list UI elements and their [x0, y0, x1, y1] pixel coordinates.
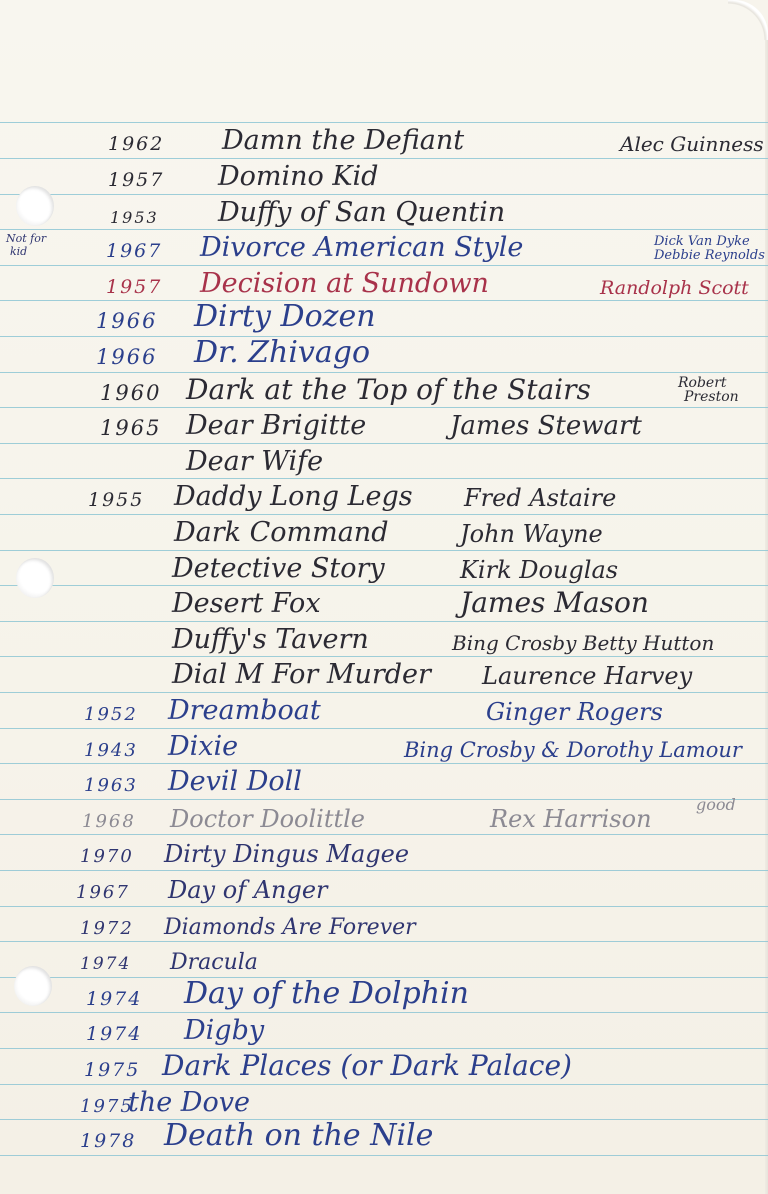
- entry-year: 1953: [110, 208, 159, 227]
- entry-actor: Ginger Rogers: [486, 698, 663, 726]
- entry-year: 1970: [80, 846, 134, 867]
- list-item: 1953 Duffy of San Quentin: [0, 194, 768, 230]
- entry-title: Duffy of San Quentin: [218, 197, 505, 228]
- entry-title: the Dove: [128, 1087, 250, 1118]
- entry-title: Daddy Long Legs: [174, 481, 413, 512]
- entry-title: Dear Wife: [186, 446, 323, 477]
- entry-title: Dark Places (or Dark Palace): [162, 1049, 572, 1082]
- entry-year: 1974: [80, 954, 131, 974]
- entry-title: Dirty Dozen: [194, 299, 376, 334]
- list-item: 1960 Dark at the Top of the Stairs Rober…: [0, 372, 768, 408]
- entry-title: Dreamboat: [168, 695, 321, 726]
- entry-actor: Alec Guinness: [620, 132, 764, 156]
- entry-year: 1975: [84, 1059, 140, 1081]
- list-item: 1975 Dark Places (or Dark Palace): [0, 1048, 768, 1084]
- entry-actor: Robert Preston: [678, 376, 739, 404]
- entry-title: Damn the Defiant: [222, 125, 464, 156]
- entry-title: Dixie: [168, 731, 238, 762]
- list-item: 1972 Diamonds Are Forever: [0, 906, 768, 942]
- ruled-line: [0, 1155, 768, 1156]
- entry-year: 1967: [76, 882, 130, 903]
- entry-actor: John Wayne: [460, 520, 603, 548]
- entry-actor-line2: Debbie Reynolds: [654, 249, 765, 263]
- entry-year: 1957: [106, 276, 162, 298]
- entry-note: good: [696, 795, 736, 814]
- entry-title: Dirty Dingus Magee: [164, 840, 409, 868]
- entry-year: 1972: [80, 918, 134, 939]
- entry-actor: James Stewart: [450, 411, 642, 441]
- entry-year: 1978: [80, 1130, 136, 1152]
- entry-actor: Bing Crosby & Dorothy Lamour: [404, 738, 742, 762]
- entry-actor-line1: Robert: [678, 376, 739, 390]
- entry-actor: Fred Astaire: [464, 484, 616, 512]
- entry-year: 1966: [96, 345, 157, 369]
- entry-title: Dark at the Top of the Stairs: [186, 373, 591, 406]
- entry-year: 1965: [100, 416, 161, 440]
- entry-year: 1967: [106, 240, 162, 262]
- entry-actor: Rex Harrison: [490, 805, 652, 833]
- entry-year: 1955: [88, 489, 144, 511]
- entry-title: Dial M For Murder: [172, 659, 431, 690]
- list-item: 1978 Death on the Nile: [0, 1119, 768, 1155]
- entry-title: Duffy's Tavern: [172, 624, 369, 655]
- entry-title: Doctor Doolittle: [170, 805, 365, 833]
- entry-year: 1975: [80, 1096, 134, 1117]
- list-item: Duffy's Tavern Bing Crosby Betty Hutton: [0, 621, 768, 657]
- entry-actor: Bing Crosby Betty Hutton: [452, 631, 714, 655]
- list-item: 1967 Day of Anger: [0, 870, 768, 906]
- list-item: 1957 Decision at Sundown Randolph Scott: [0, 265, 768, 301]
- entry-actor: James Mason: [460, 586, 649, 619]
- list-item: 1966 Dr. Zhivago: [0, 336, 768, 372]
- list-item: Dear Wife: [0, 443, 768, 479]
- list-item: Dark Command John Wayne: [0, 514, 768, 550]
- list-item: 1974 Day of the Dolphin: [0, 977, 768, 1013]
- entry-year: 1966: [96, 309, 157, 333]
- list-item: 1963 Devil Doll: [0, 763, 768, 799]
- entry-title: Dracula: [170, 950, 258, 975]
- page-corner: [728, 0, 768, 40]
- entry-title: Digby: [184, 1015, 264, 1046]
- entry-year: 1952: [84, 704, 138, 725]
- list-item: 1955 Daddy Long Legs Fred Astaire: [0, 478, 768, 514]
- entry-actor-line1: Dick Van Dyke: [654, 235, 765, 249]
- list-item: 1965 Dear Brigitte James Stewart: [0, 407, 768, 443]
- entry-title: Day of the Dolphin: [184, 976, 469, 1011]
- list-item: 1962 Damn the Defiant Alec Guinness: [0, 122, 768, 158]
- list-item: Desert Fox James Mason: [0, 585, 768, 621]
- entry-year: 1943: [84, 740, 138, 761]
- list-item: 1957 Domino Kid: [0, 158, 768, 194]
- entry-title: Diamonds Are Forever: [164, 915, 416, 940]
- entry-title: Dark Command: [174, 517, 388, 548]
- entry-year: 1957: [108, 169, 164, 191]
- entry-actor: Kirk Douglas: [460, 556, 618, 584]
- list-item: 1968 Doctor Doolittle Rex Harrison good: [0, 799, 768, 835]
- list-item: 1975 the Dove: [0, 1084, 768, 1120]
- entry-year: 1962: [108, 133, 164, 155]
- entry-actor: Dick Van Dyke Debbie Reynolds: [654, 235, 765, 263]
- entry-year: 1974: [86, 1023, 142, 1045]
- entry-year: 1960: [100, 381, 161, 405]
- entry-title: Dr. Zhivago: [194, 335, 370, 370]
- entry-title: Devil Doll: [168, 766, 302, 797]
- notebook-page: Not for kid 1962 Damn the Defiant Alec G…: [0, 0, 768, 1194]
- entry-actor: Randolph Scott: [600, 277, 749, 299]
- entry-title: Dear Brigitte: [186, 410, 366, 441]
- list-item: Dial M For Murder Laurence Harvey: [0, 656, 768, 692]
- entry-title: Desert Fox: [172, 588, 321, 619]
- list-item: 1966 Dirty Dozen: [0, 300, 768, 336]
- list-item: 1970 Dirty Dingus Magee: [0, 834, 768, 870]
- entry-title: Domino Kid: [218, 161, 378, 192]
- entry-actor-line2: Preston: [678, 390, 739, 404]
- list-item: 1943 Dixie Bing Crosby & Dorothy Lamour: [0, 728, 768, 764]
- list-item: 1974 Digby: [0, 1012, 768, 1048]
- list-item: Detective Story Kirk Douglas: [0, 550, 768, 586]
- entry-year: 1974: [86, 988, 142, 1010]
- entry-title: Death on the Nile: [164, 1118, 433, 1153]
- entry-title: Day of Anger: [168, 876, 328, 904]
- entry-year: 1968: [82, 811, 136, 832]
- entry-title: Decision at Sundown: [200, 268, 489, 299]
- list-item: 1952 Dreamboat Ginger Rogers: [0, 692, 768, 728]
- list-item: 1967 Divorce American Style Dick Van Dyk…: [0, 229, 768, 265]
- entry-title: Divorce American Style: [200, 232, 523, 263]
- entry-actor: Laurence Harvey: [482, 662, 692, 690]
- list-item: 1974 Dracula: [0, 941, 768, 977]
- entry-title: Detective Story: [172, 553, 385, 584]
- entry-year: 1963: [84, 775, 138, 796]
